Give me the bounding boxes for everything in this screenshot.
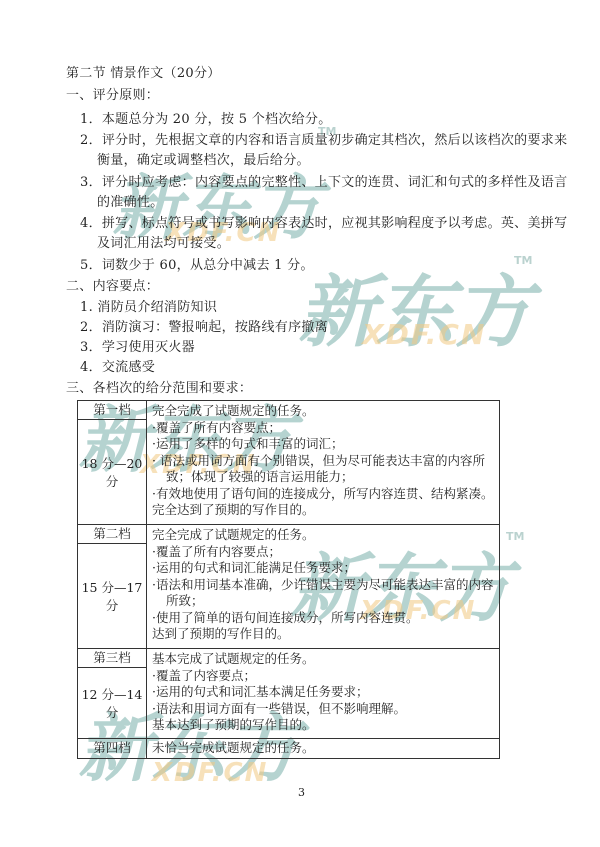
principles-heading: 一、评分原则：	[66, 88, 159, 104]
level-description: 完全完成了试题规定的任务。 ·覆盖了所有内容要点； ·运用了多样的句式和丰富的词…	[147, 401, 500, 525]
section-title: 第二节 情景作文（20分）	[66, 66, 221, 82]
level-range: 15 分—17 分	[78, 544, 147, 649]
content-point-item: 1. 消防员介绍消防知识	[80, 300, 217, 316]
content-point-item: 3．学习使用灭火器	[80, 340, 195, 356]
level-description: 未恰当完成试题规定的任务。	[147, 739, 500, 759]
level-row-3: 第三档 基本完成了试题规定的任务。 ·覆盖了内容要点； ·运用的句式和词汇基本满…	[78, 649, 500, 668]
watermark-tm: TM	[514, 254, 532, 267]
page-number: 3	[298, 786, 305, 799]
level-range: 18 分—20 分	[78, 420, 147, 525]
principle-item: 1．本题总分为 20 分，按 5 个档次给分。	[80, 112, 332, 128]
levels-heading: 三、各档次的给分范围和要求：	[66, 381, 252, 397]
level-row-1: 第一档 完全完成了试题规定的任务。 ·覆盖了所有内容要点； ·运用了多样的句式和…	[78, 401, 500, 420]
watermark-url: XDF.CN	[362, 318, 486, 351]
level-description: 基本完成了试题规定的任务。 ·覆盖了内容要点； ·运用的句式和词汇基本满足任务要…	[147, 649, 500, 739]
document-page: 新东方 XDF.CN TM 新东方 XDF.CN TM 新东方 XDF.CN 新…	[0, 0, 600, 847]
content-points-heading: 二、内容要点：	[66, 279, 159, 295]
principle-item: 及词汇用法均可接受。	[97, 236, 230, 252]
principle-item: 的准确性。	[97, 195, 164, 211]
level-range: 12 分—14 分	[78, 668, 147, 739]
level-name: 第一档	[78, 401, 147, 420]
principle-item: 3．评分时应考虑：内容要点的完整性、上下文的连贯、词汇和句式的多样性及语言	[80, 175, 567, 191]
content-point-item: 4．交流感受	[80, 360, 155, 376]
watermark-logo: 新东方	[298, 250, 532, 362]
level-row-2: 第二档 完全完成了试题规定的任务。 ·覆盖了所有内容要点； ·运用的句式和词汇能…	[78, 525, 500, 544]
scoring-levels-table: 第一档 完全完成了试题规定的任务。 ·覆盖了所有内容要点； ·运用了多样的句式和…	[77, 400, 500, 759]
watermark-tm: TM	[506, 530, 524, 543]
watermark-url: XDF.CN	[152, 758, 268, 788]
principle-item: 5．词数少于 60，从总分中减去 1 分。	[80, 258, 314, 274]
level-name: 第四档	[78, 739, 147, 759]
principle-item: 2．评分时，先根据文章的内容和语言质量初步确定其档次，然后以该档次的要求来	[80, 133, 567, 149]
level-row-4: 第四档 未恰当完成试题规定的任务。	[78, 739, 500, 759]
level-description: 完全完成了试题规定的任务。 ·覆盖了所有内容要点； ·运用的句式和词汇能满足任务…	[147, 525, 500, 649]
principle-item: 衡量，确定或调整档次，最后给分。	[97, 153, 310, 169]
content-point-item: 2．消防演习：警报响起，按路线有序撤离	[80, 320, 328, 336]
level-name: 第二档	[78, 525, 147, 544]
level-name: 第三档	[78, 649, 147, 668]
principle-item: 4．拼写、标点符号或书写影响内容表达时，应视其影响程度予以考虑。英、美拼写	[80, 216, 567, 232]
